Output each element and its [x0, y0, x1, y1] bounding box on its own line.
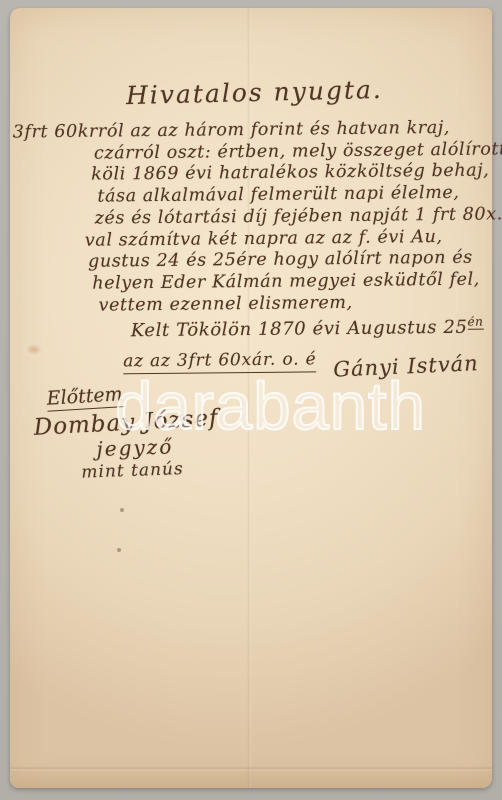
photo-background: Hivatalos nyugta. 3frt 60krról az az hár… [0, 0, 502, 800]
ink-speck [120, 508, 124, 512]
date-line: Kelt Tökölön 1870 évi Augustus 25én [131, 315, 493, 342]
witness-block: Előttem Dombay József jegyző mint tanús [32, 381, 220, 484]
document-body: 3frt 60krról az az három forint és hatva… [9, 117, 494, 386]
witness-role: jegyző [96, 433, 220, 461]
handwritten-line: helyen Eder Kálmán megyei esküdtől fel, [92, 269, 492, 295]
date-superscript: én [467, 315, 483, 330]
document-paper: Hivatalos nyugta. 3frt 60krról az az hár… [10, 8, 492, 788]
date-main: Kelt Tökölön 1870 évi Augustus 25 [131, 317, 468, 342]
sum-line-underlined: az az 3frt 60xár. o. é [123, 350, 317, 375]
signature-right: Gányi István [333, 351, 479, 382]
witness-heading-underlined: Előttem [46, 383, 123, 412]
ink-speck [117, 548, 121, 552]
witness-as-witness: mint tanús [81, 458, 221, 483]
paper-bottom-shading [10, 768, 492, 788]
handwritten-line: vettem ezennel elismerem, [98, 291, 492, 317]
document-title: Hivatalos nyugta. [126, 75, 383, 110]
sum-and-signature-row: az az 3frt 60xár. o. é Gányi István [11, 348, 493, 387]
